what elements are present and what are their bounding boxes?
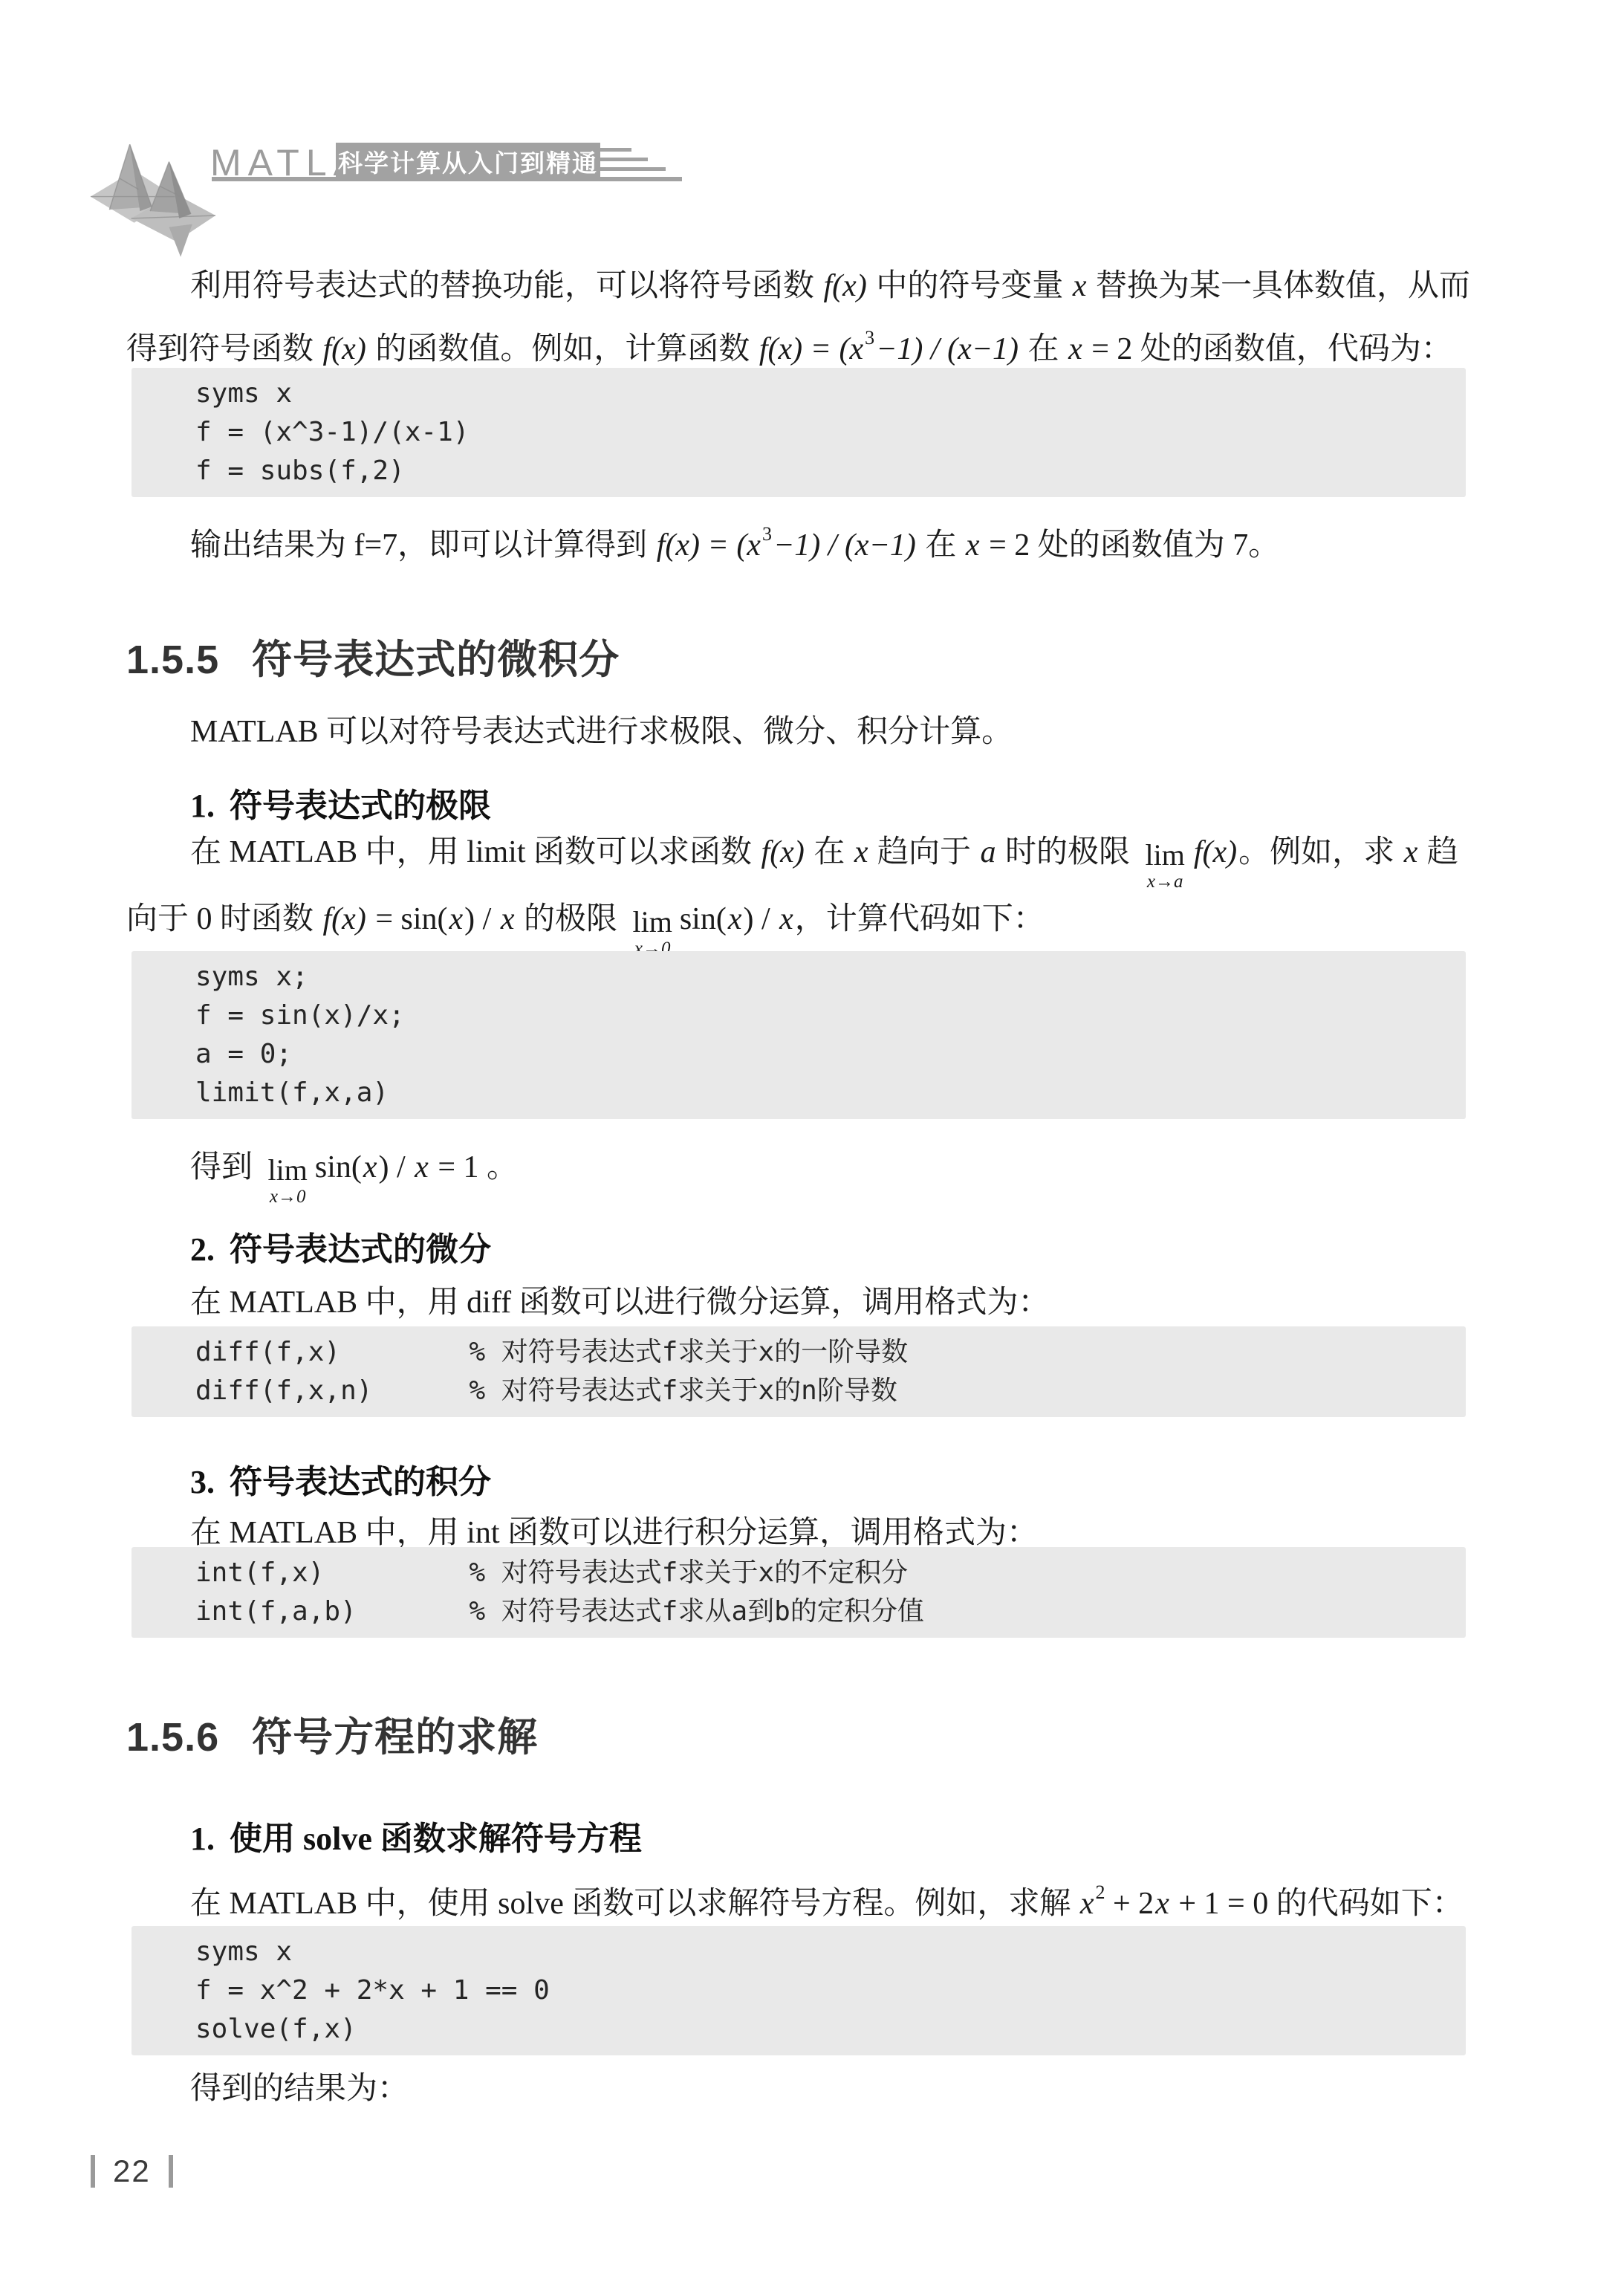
section-title: 符号方程的求解 — [252, 1715, 538, 1760]
subheading-diff: 2.符号表达式的微分 — [190, 1222, 491, 1270]
paragraph-limit-line1: 在 MATLAB 中，用 limit 函数可以求函数 f(x) 在 x 趋向于 … — [126, 826, 1562, 891]
section-number: 1.5.6 — [126, 1715, 219, 1760]
code-line: int(f,x) % 对符号表达式f求关于x的不定积分 — [195, 1554, 1458, 1592]
paragraph-substitution-line1: 利用符号表达式的替换功能，可以将符号函数 f(x) 中的符号变量 x 替换为某一… — [126, 260, 1562, 312]
code-line: syms x — [195, 1933, 1458, 1971]
code-block-subs: syms xf = (x^3-1)/(x-1)f = subs(f,2) — [131, 368, 1466, 497]
subheading-title: 符号表达式的微分 — [230, 1231, 491, 1268]
subheading-title: 符号表达式的积分 — [230, 1464, 491, 1500]
section-heading-156: 1.5.6符号方程的求解 — [126, 1705, 538, 1763]
subheading-title: 使用 solve 函数求解符号方程 — [230, 1821, 642, 1857]
code-block-limit: syms x;f = sin(x)/x;a = 0;limit(f,x,a) — [131, 951, 1466, 1119]
paragraph-limit-line2: 向于 0 时函数 f(x) = sin(x) / x 的极限 limx→0sin… — [126, 893, 1498, 958]
matlab-peaks-logo-icon — [88, 138, 218, 259]
subheading-solve: 1.使用 solve 函数求解符号方程 — [190, 1812, 642, 1859]
code-line: f = sin(x)/x; — [195, 996, 1458, 1035]
subheading-int: 3.符号表达式的积分 — [190, 1455, 491, 1503]
header-line-2 — [600, 158, 648, 161]
section-heading-155: 1.5.5符号表达式的微积分 — [126, 628, 620, 685]
paragraph-substitution-line2: 得到符号函数 f(x) 的函数值。例如，计算函数 f(x) = (x3−1) /… — [126, 312, 1498, 375]
header-line-1 — [600, 148, 631, 152]
code-line: limit(f,x,a) — [195, 1074, 1458, 1112]
code-block-solve: syms xf = x^2 + 2*x + 1 == 0solve(f,x) — [131, 1926, 1466, 2055]
code-line: diff(f,x) % 对符号表达式f求关于x的一阶导数 — [195, 1333, 1458, 1372]
code-line: diff(f,x,n) % 对符号表达式f求关于x的n阶导数 — [195, 1372, 1458, 1410]
section-number: 1.5.5 — [126, 638, 219, 682]
code-block-diff: diff(f,x) % 对符号表达式f求关于x的一阶导数diff(f,x,n) … — [131, 1326, 1466, 1417]
header-subtitle-text: 科学计算从入门到精通 — [338, 144, 598, 179]
page-footer: 22 — [91, 2153, 173, 2189]
footer-left-bar — [91, 2155, 95, 2188]
paragraph-matlab-calculus: MATLAB 可以对符号表达式进行求极限、微分、积分计算。 — [126, 706, 1562, 758]
section-title: 符号表达式的微积分 — [252, 638, 620, 682]
subheading-number: 3. — [190, 1464, 215, 1500]
code-line: a = 0; — [195, 1035, 1458, 1074]
paragraph-output-result: 输出结果为 f=7，即可以计算得到 f(x) = (x3−1) / (x−1) … — [126, 508, 1562, 571]
footer-right-bar — [169, 2155, 173, 2188]
code-line: solve(f,x) — [195, 2010, 1458, 2049]
book-page: MATLAB 科学计算从入门到精通 利用符号表达式的替换功能，可以将符号函数 f… — [0, 0, 1624, 2282]
subheading-number: 1. — [190, 1821, 215, 1857]
subheading-number: 2. — [190, 1231, 215, 1268]
paragraph-limit-result: 得到 limx→0sin(x) / x = 1 。 — [126, 1141, 1562, 1206]
paragraph-diff-intro: 在 MATLAB 中，用 diff 函数可以进行微分运算，调用格式为： — [126, 1277, 1562, 1329]
subheading-number: 1. — [190, 788, 215, 824]
paragraph-result-intro: 得到的结果为： — [126, 2063, 1562, 2115]
code-block-int: int(f,x) % 对符号表达式f求关于x的不定积分int(f,a,b) % … — [131, 1547, 1466, 1638]
subheading-limit: 1.符号表达式的极限 — [190, 779, 491, 826]
paragraph-solve-intro: 在 MATLAB 中，使用 solve 函数可以求解符号方程。例如，求解 x2 … — [126, 1867, 1562, 1930]
code-line: f = (x^3-1)/(x-1) — [195, 413, 1458, 452]
subheading-title: 符号表达式的极限 — [230, 788, 491, 824]
code-line: int(f,a,b) % 对符号表达式f求从a到b的定积分值 — [195, 1592, 1458, 1631]
header-line-3 — [600, 167, 666, 171]
page-number: 22 — [113, 2153, 151, 2189]
code-line: f = x^2 + 2*x + 1 == 0 — [195, 1971, 1458, 2010]
code-line: syms x — [195, 375, 1458, 413]
code-line: f = subs(f,2) — [195, 452, 1458, 490]
code-line: syms x; — [195, 958, 1458, 996]
header-subtitle-box: 科学计算从入门到精通 — [336, 143, 600, 180]
header-underline — [212, 177, 682, 181]
